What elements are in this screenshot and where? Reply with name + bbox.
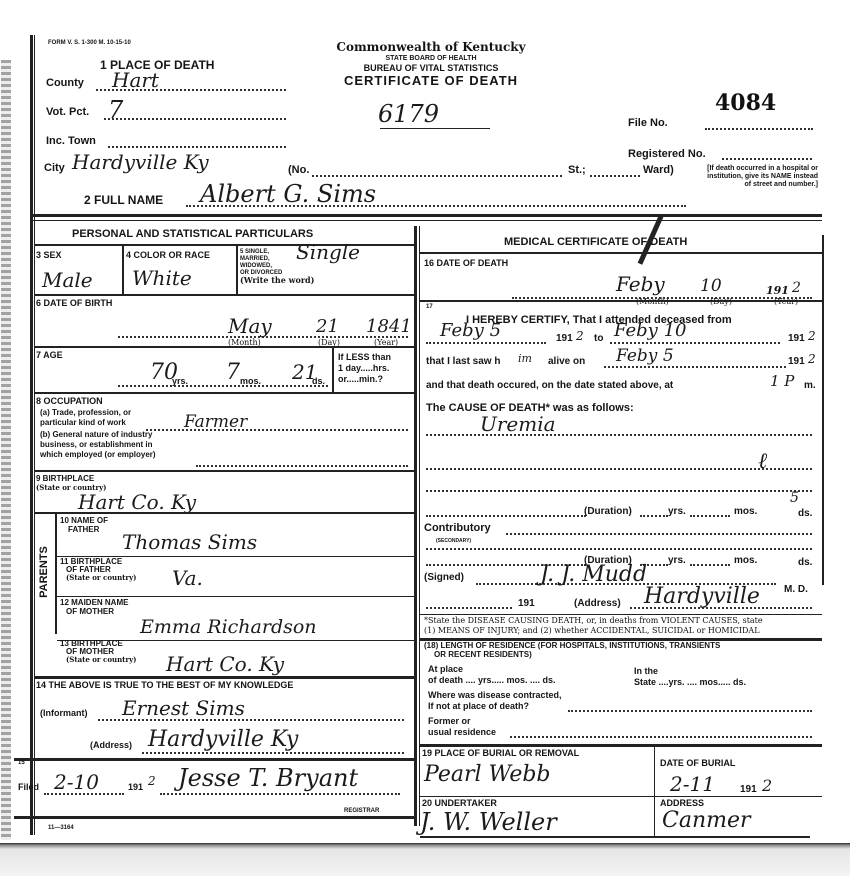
last-saw-year: 191 (788, 356, 805, 367)
dob-year: 1841 (366, 316, 412, 337)
marital-label-line: (Write the word) (240, 277, 314, 284)
sign-date-line (426, 607, 512, 609)
no-label: (No. (288, 164, 309, 176)
commonwealth-title: Commonwealth of Kentucky (316, 40, 546, 54)
last-saw-alive-label: alive on (548, 356, 585, 367)
physician-address-value: Hardyville (644, 584, 760, 609)
street-line (312, 175, 562, 177)
father-bp-value: Va. (172, 566, 203, 590)
cause-value: Uremia (480, 412, 556, 436)
registrar-signature: Jesse T. Bryant (178, 764, 358, 792)
registered-no-line (722, 158, 812, 160)
last-saw-pronoun: im (518, 352, 532, 365)
row-line-filed (14, 758, 414, 761)
less-than-label: If LESS than 1 day.....hrs. or.....min.? (338, 352, 391, 385)
age-label: 7 AGE (36, 350, 63, 360)
contributory-line (506, 533, 812, 535)
occupation-b-line: which employed (or employer) (40, 450, 156, 460)
inc-town-label: Inc. Town (46, 135, 96, 147)
former-residence-line: usual residence (428, 727, 496, 738)
occupation-a-line: particular kind of work (40, 418, 131, 428)
st-label: St.; (568, 164, 586, 176)
race-value: White (132, 266, 192, 290)
cause-mark: ℓ (758, 448, 767, 474)
footnote-line (420, 614, 822, 615)
marital-value: Single (296, 240, 360, 264)
date-of-death-year-prefix: 191 (766, 284, 789, 297)
less-than-line: 1 day.....hrs. (338, 363, 391, 374)
certificate-header: Commonwealth of Kentucky STATE BOARD OF … (316, 40, 546, 88)
attended-from: Feby 5 (440, 320, 501, 341)
filed-year-prefix: 191 (128, 782, 143, 792)
last-saw-year-digit: 2 (808, 352, 816, 366)
header-divider (32, 214, 822, 217)
mother-label: 12 MAIDEN NAME OF MOTHER (60, 598, 128, 616)
parents-side-label: PARENTS (38, 532, 50, 612)
medical-heading-line (420, 252, 822, 254)
disease-contracted-line (568, 710, 812, 712)
less-than-line: If LESS than (338, 352, 391, 363)
informant-value: Ernest Sims (122, 696, 245, 720)
margin-strip (0, 60, 14, 840)
file-no-label: File No. (628, 117, 668, 129)
undertaker-divider (420, 796, 822, 797)
occupation-b-line: business, or establishment in (40, 440, 156, 450)
duration-mos-line-2 (690, 564, 730, 566)
registered-no-label: Registered No. (628, 148, 706, 160)
burial-place-value: Pearl Webb (424, 762, 551, 787)
occupation-b-label: (b) General nature of industry business,… (40, 430, 156, 460)
duration-yrs-1: yrs. (668, 506, 686, 517)
residence-heading-line: (18) LENGTH OF RESIDENCE (FOR HOSPITALS,… (424, 641, 720, 650)
duration-ds-2: ds. (798, 557, 812, 568)
footer-code: 11—3164 (48, 825, 74, 831)
full-name-label: 2 FULL NAME (84, 193, 163, 207)
disease-contracted-line: Where was disease contracted, (428, 690, 562, 701)
file-no-line (705, 128, 813, 130)
last-saw-date: Feby 5 (616, 346, 674, 366)
undertaker-address-value: Canmer (662, 808, 751, 833)
residence-heading: (18) LENGTH OF RESIDENCE (FOR HOSPITALS,… (424, 641, 720, 659)
duration-mos-1: mos. (734, 506, 757, 517)
full-name-value: Albert G. Sims (200, 180, 376, 208)
occupation-a-value: Farmer (184, 412, 247, 432)
burial-date-year-suffix: 2 (762, 776, 772, 795)
disease-contracted: Where was disease contracted, If not at … (428, 690, 562, 712)
duration-ds-1: ds. (798, 508, 812, 519)
disease-contracted-line: If not at place of death? (428, 701, 562, 712)
informant-address-value: Hardyville Ky (148, 727, 298, 752)
physician-signature: J. J. Mudd (540, 562, 647, 587)
sex-label: 3 SEX (36, 250, 62, 260)
former-residence-line: Former or (428, 716, 496, 727)
father-label-line: FATHER (60, 525, 108, 534)
md-label: M. D. (784, 584, 808, 595)
filed-year-suffix: 2 (148, 774, 156, 788)
ward-label: Ward) (643, 164, 674, 176)
undertaker-value: J. W. Weller (420, 808, 557, 836)
death-occured-label: and that death occured, on the date stat… (426, 380, 673, 391)
outer-border-left-inner (34, 35, 35, 835)
burial-column-divider (654, 747, 655, 837)
former-residence-line (510, 736, 812, 738)
age-months: 7 (226, 360, 240, 385)
age-less-divider (332, 346, 334, 392)
row-line-birthplace (34, 470, 414, 472)
certify-text: I HEREBY CERTIFY, That I attended deceas… (466, 314, 732, 326)
row-line-informant (34, 676, 414, 679)
date-of-death-month: Feby (616, 272, 665, 296)
footnote-line-1: *State the DISEASE CAUSING DEATH, or, in… (424, 616, 763, 626)
father-value: Thomas Sims (122, 530, 257, 554)
county-value: Hart (112, 68, 159, 92)
duration-label-1: (Duration) (584, 506, 632, 517)
duration-days-value: 5 (790, 490, 799, 506)
occupation-b-line (196, 465, 408, 467)
registrar-label: REGISTRAR (344, 808, 379, 814)
residence-at-place-line: At place (428, 664, 556, 675)
parents-divider (55, 512, 57, 634)
father-label-line: 10 NAME OF (60, 516, 108, 525)
last-saw-line (604, 366, 786, 368)
date-of-death-label: 16 DATE OF DEATH (424, 258, 508, 268)
duration-yrs-line-1 (640, 515, 668, 517)
certificate-paper: FORM V. S. 1-300 M. 10-15-10 1 PLACE OF … (0, 0, 850, 876)
duration-line-1 (426, 515, 586, 517)
city-label: City (44, 162, 65, 174)
medical-heading: MEDICAL CERTIFICATE OF DEATH (504, 236, 687, 248)
burial-divider (420, 744, 822, 747)
secondary-label: (SECONDARY) (436, 538, 471, 544)
sex-value: Male (42, 268, 93, 292)
former-residence: Former or usual residence (428, 716, 496, 738)
row-line-mother (57, 596, 414, 597)
dob-month: May (228, 314, 272, 338)
section-number-15: 15 (18, 760, 25, 766)
attended-to-year: 191 (788, 333, 805, 344)
race-label: 4 COLOR OR RACE (126, 250, 210, 260)
physician-address-label: (Address) (574, 598, 621, 609)
mother-bp-value: Hart Co. Ky (166, 652, 284, 676)
registrar-line (160, 793, 400, 795)
outer-border-right (822, 235, 824, 585)
residence-in-state-line: In the (634, 666, 746, 677)
residence-heading-line: OR RECENT RESIDENTS) (424, 650, 720, 659)
attended-to-year-digit: 2 (808, 329, 816, 343)
burial-place-label: 19 PLACE OF BURIAL OR REMOVAL (422, 748, 579, 758)
row-line-parents (34, 512, 414, 514)
mother-bp-label: 13 BIRTHPLACE OF MOTHER (State or countr… (60, 640, 136, 664)
form-code: FORM V. S. 1-300 M. 10-15-10 (48, 40, 131, 46)
attended-from-year: 191 (556, 333, 573, 344)
vot-pct-line (104, 118, 286, 120)
cause-line-3 (426, 490, 812, 492)
marital-label-line: WIDOWED, (240, 263, 314, 270)
attended-to: Feby 10 (614, 320, 686, 341)
attended-to-line (610, 342, 780, 344)
less-than-line: or.....min.? (338, 374, 391, 385)
vot-pct-label: Vot. Pct. (46, 106, 89, 118)
ward-line (590, 175, 640, 177)
column-divider-inner (419, 226, 420, 826)
certify-number: 17 (426, 304, 433, 310)
bureau-title: BUREAU OF VITAL STATISTICS (316, 63, 546, 73)
bottom-border-right (420, 836, 810, 838)
age-ds-label: ds. (312, 376, 325, 386)
board-title: STATE BOARD OF HEALTH (316, 55, 546, 62)
last-saw-label: that I last saw h (426, 356, 500, 367)
column-divider (414, 226, 417, 826)
footnote: *State the DISEASE CAUSING DEATH, or, in… (424, 616, 763, 636)
informant-address-label: (Address) (90, 740, 132, 750)
attended-from-line (426, 342, 546, 344)
occupation-label: 8 OCCUPATION (36, 396, 103, 406)
duration-yrs-2: yrs. (668, 555, 686, 566)
occupation-b-line: (b) General nature of industry (40, 430, 156, 440)
sign-year-label: 191 (518, 598, 535, 609)
informant-label: (Informant) (40, 708, 88, 718)
father-label: 10 NAME OF FATHER (60, 516, 108, 534)
mother-value: Emma Richardson (140, 616, 317, 638)
filed-date: 2-10 (54, 770, 99, 794)
outer-border-left (30, 35, 33, 835)
bottom-border-left (14, 816, 414, 819)
certificate-number: 6179 (378, 100, 439, 128)
personal-heading: PERSONAL AND STATISTICAL PARTICULARS (72, 228, 313, 240)
cause-line-2 (426, 468, 812, 470)
undertaker-label: 20 UNDERTAKER (422, 798, 497, 808)
footnote-line-2: (1) MEANS OF INJURY; and (2) whether ACC… (424, 626, 763, 636)
dob-day: 21 (316, 316, 339, 337)
file-number-value: 4084 (715, 90, 776, 116)
father-bp-label-line: (State or country) (60, 574, 136, 582)
county-label: County (46, 77, 84, 89)
death-time-m-label: m. (804, 380, 816, 391)
dob-label: 6 DATE OF BIRTH (36, 298, 112, 308)
row-line-dob (34, 294, 414, 296)
birthplace-label-line: 9 BIRTHPLACE (36, 474, 106, 483)
age-mos-label: mos. (240, 376, 261, 386)
cert-number-underline (380, 128, 490, 129)
occupation-a-line: (a) Trade, profession, or (40, 408, 131, 418)
duration-mos-line-1 (690, 515, 730, 517)
father-bp-label: 11 BIRTHPLACE OF FATHER (State or countr… (60, 558, 136, 582)
burial-date-label: DATE OF BURIAL (660, 758, 735, 768)
race-marital-divider (236, 244, 238, 294)
burial-date-value: 2-11 (670, 772, 715, 796)
burial-date-year: 191 (740, 784, 757, 795)
undertaker-address-label: ADDRESS (660, 798, 704, 808)
contributory-line-2 (426, 548, 812, 550)
city-value: Hardyville Ky (72, 150, 209, 174)
death-time: 1 P (770, 372, 794, 390)
age-line (118, 385, 328, 387)
residence-at-place-line: of death .... yrs..... mos. .... ds. (428, 675, 556, 686)
birthplace-value: Hart Co. Ky (78, 490, 196, 514)
residence-at-place: At place of death .... yrs..... mos. ...… (428, 664, 556, 686)
row-line-occupation (34, 392, 414, 394)
row-line-age (34, 346, 414, 348)
date-of-death-year-suffix: 2 (792, 280, 801, 296)
date-of-death-day: 10 (700, 276, 722, 296)
duration-mos-2: mos. (734, 555, 757, 566)
mother-label-line: 12 MAIDEN NAME (60, 598, 128, 607)
age-yrs-label: yrs. (172, 376, 188, 386)
contributory-label: Contributory (424, 522, 491, 534)
informant-address-line (142, 752, 404, 754)
attended-from-year-digit: 2 (576, 329, 584, 343)
sex-race-divider (122, 244, 124, 294)
attended-to-label: to (594, 333, 603, 344)
residence-in-state: In the State ....yrs. .... mos..... ds. (634, 666, 746, 688)
header-divider-thin (32, 220, 822, 221)
filed-label: Filed (18, 782, 39, 792)
certificate-title: CERTIFICATE OF DEATH (316, 73, 546, 88)
scan-edge (0, 843, 850, 876)
mother-label-line: OF MOTHER (60, 607, 128, 616)
inc-town-line (108, 146, 286, 148)
occupation-a-label: (a) Trade, profession, or particular kin… (40, 408, 131, 428)
vot-pct-value: 7 (108, 96, 123, 124)
residence-in-state-line: State ....yrs. .... mos..... ds. (634, 677, 746, 688)
informant-statement: 14 THE ABOVE IS TRUE TO THE BEST OF MY K… (36, 680, 293, 690)
mother-bp-label-line: (State or country) (60, 656, 136, 664)
row-line-certify (420, 300, 822, 302)
hospital-note: [If death occurred in a hospital or inst… (700, 165, 818, 189)
signed-label: (Signed) (424, 572, 464, 583)
